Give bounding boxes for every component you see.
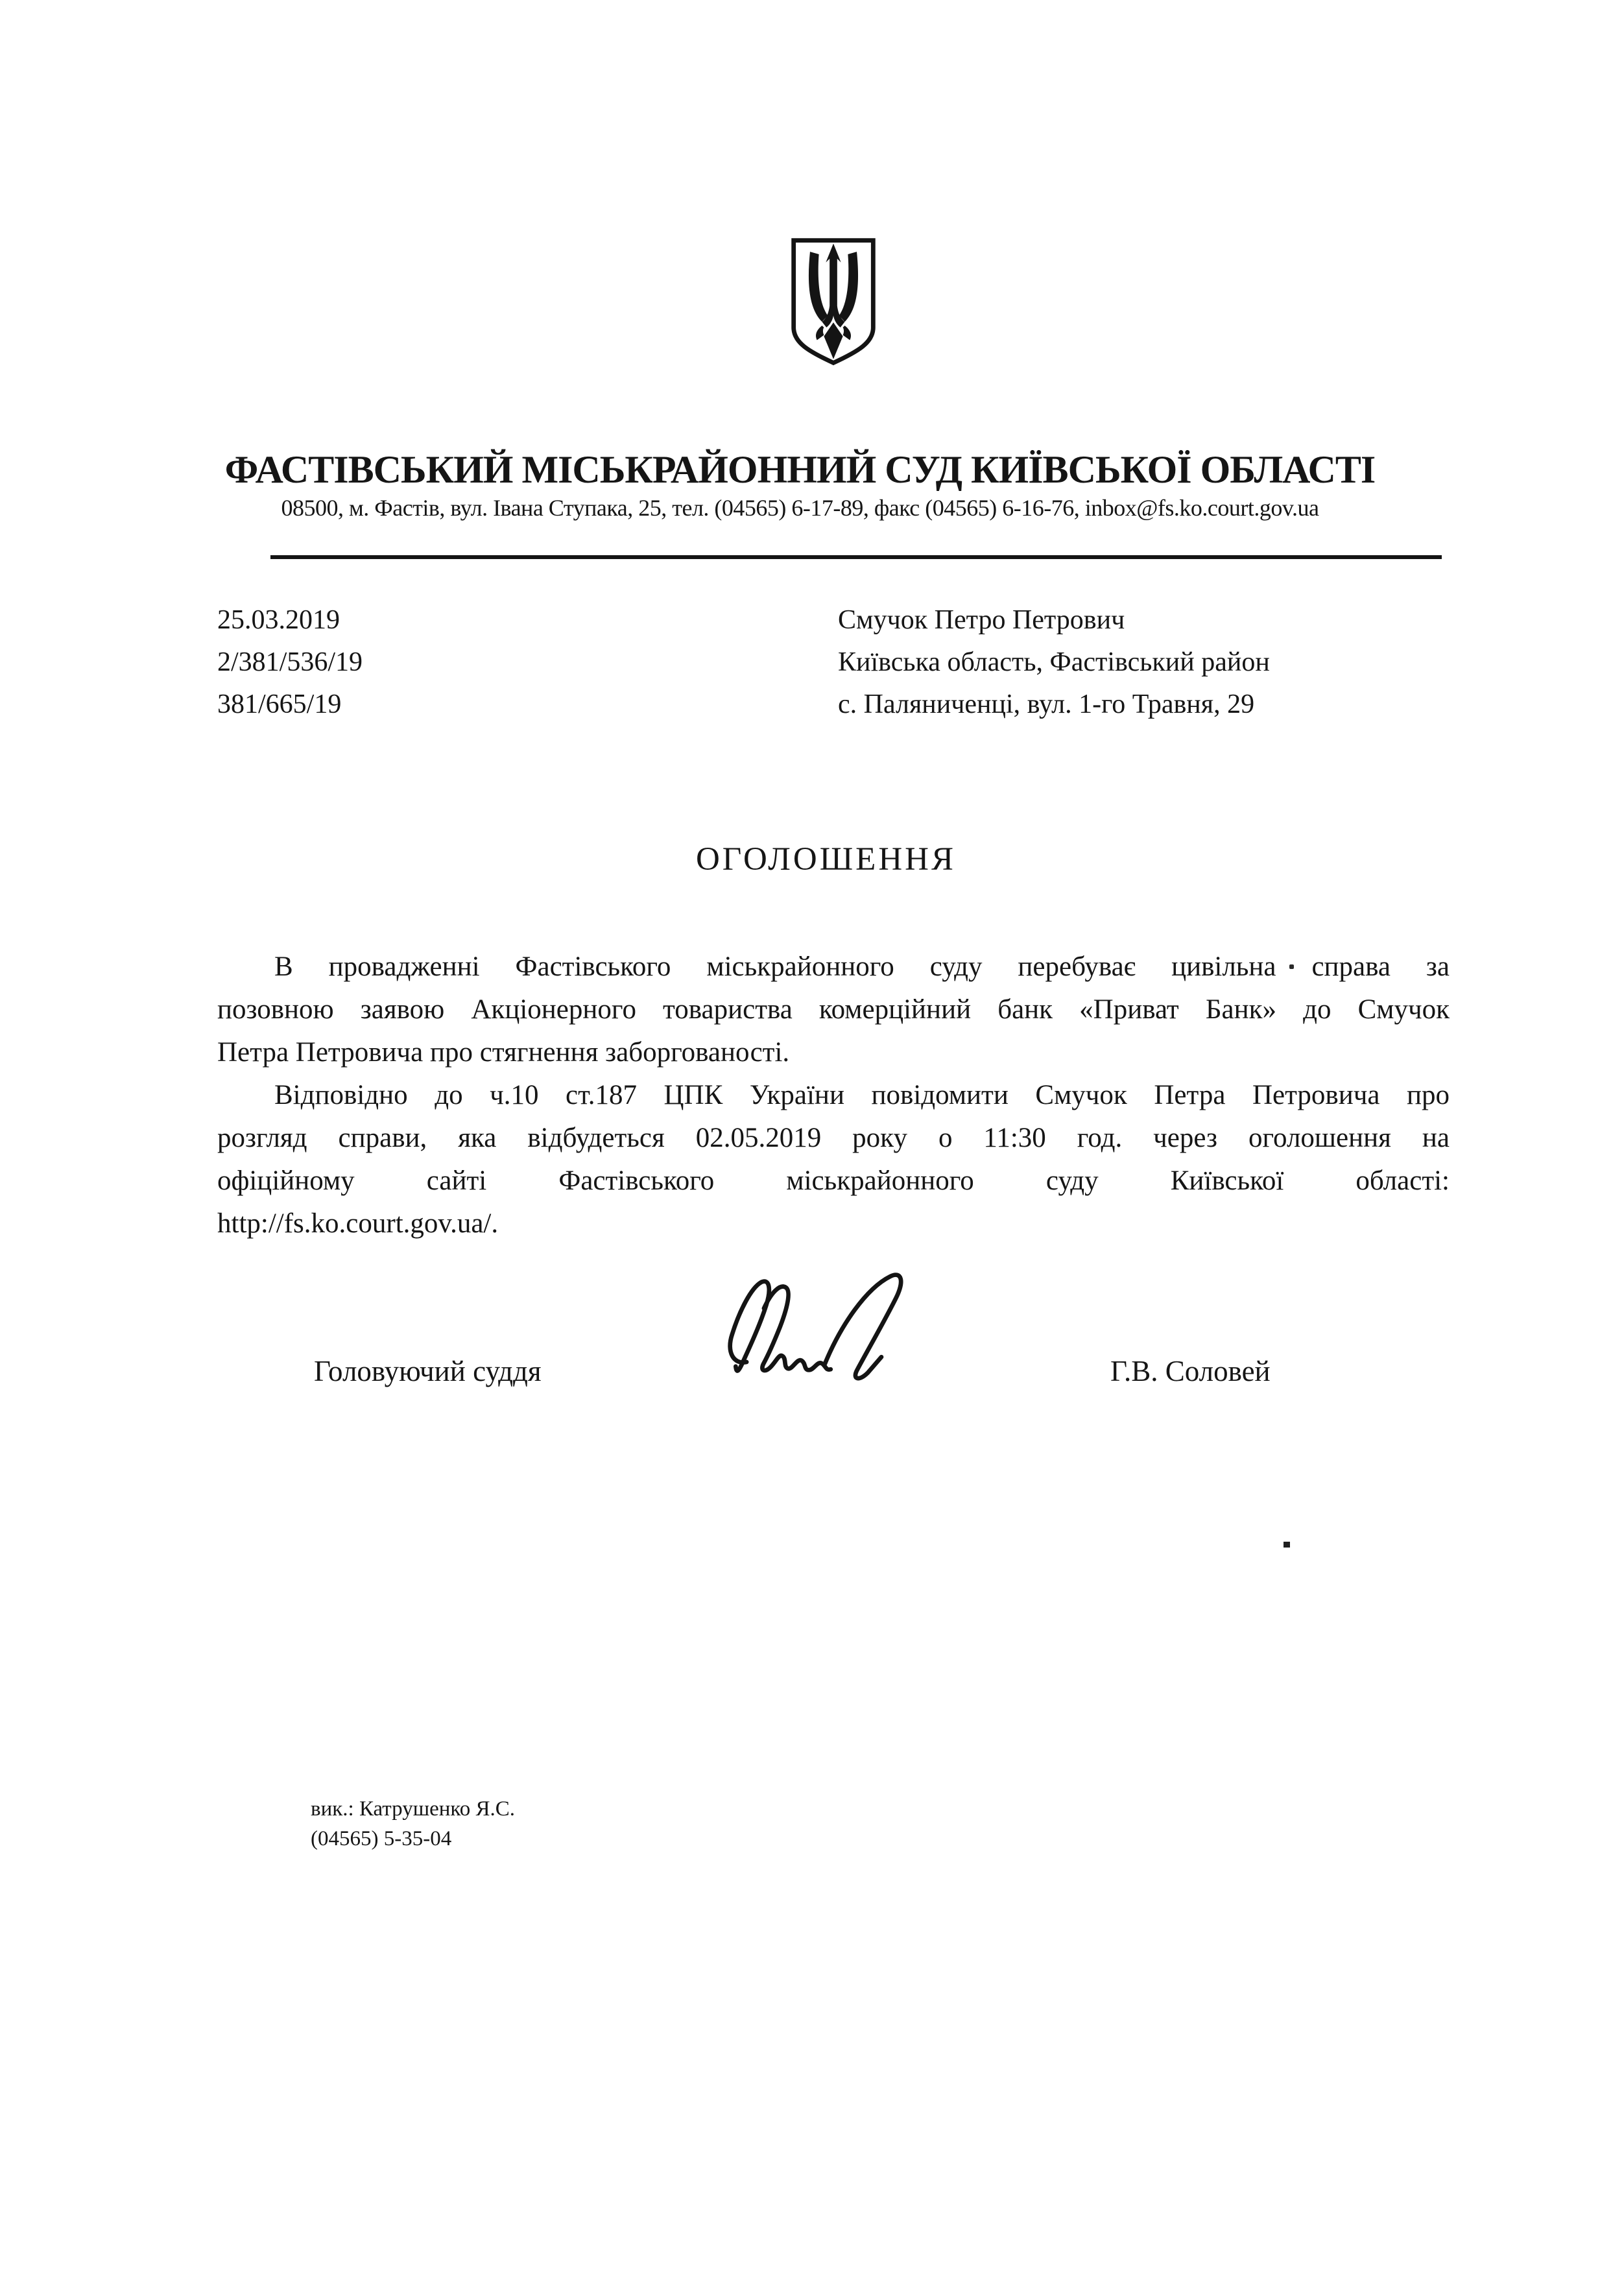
- body-line: розгляд справи, яка відбудеться 02.05.20…: [217, 1117, 1450, 1160]
- recipient-block: Смучок Петро Петрович Київська область, …: [838, 599, 1270, 726]
- scanned-court-letter-page: ФАСТІВСЬКИЙ МІСЬКРАЙОННИЙ СУД КИЇВСЬКОЇ …: [0, 0, 1600, 2296]
- outgoing-date: 25.03.2019: [217, 599, 363, 641]
- document-heading: ОГОЛОШЕННЯ: [26, 841, 1600, 878]
- body-line: офіційному сайті Фастівського міськрайон…: [217, 1160, 1450, 1202]
- signer-role-label: Головуючий суддя: [314, 1354, 542, 1388]
- announcement-body: В провадженні Фастівського міськрайонног…: [217, 946, 1450, 1245]
- recipient-region: Київська область, Фастівський район: [838, 641, 1270, 684]
- executor-footer: вик.: Катрушенко Я.С. (04565) 5-35-04: [311, 1794, 515, 1854]
- court-website-url: http://fs.ko.court.gov.ua/.: [217, 1202, 1450, 1245]
- body-line: Відповідно до ч.10 ст.187 ЦПК України по…: [217, 1074, 1450, 1117]
- recipient-name: Смучок Петро Петрович: [838, 599, 1270, 641]
- executor-phone: (04565) 5-35-04: [311, 1824, 515, 1854]
- outgoing-meta-block: 25.03.2019 2/381/536/19 381/665/19: [217, 599, 363, 726]
- header-divider-line: [270, 555, 1442, 559]
- body-line: В провадженні Фастівського міськрайонног…: [217, 946, 1450, 988]
- scan-speck: [1284, 1542, 1290, 1548]
- registration-number: 381/665/19: [217, 684, 363, 726]
- judge-signature-autograph-icon: [662, 1263, 953, 1387]
- executor-note: вик.: Катрушенко Я.С.: [311, 1794, 515, 1824]
- scan-speck: [1289, 964, 1294, 969]
- court-name-title: ФАСТІВСЬКИЙ МІСЬКРАЙОННИЙ СУД КИЇВСЬКОЇ …: [0, 448, 1600, 492]
- signer-name: Г.В. Соловей: [1110, 1354, 1271, 1388]
- ukraine-trident-emblem-icon: [786, 235, 881, 370]
- body-line: Петра Петровича про стягнення заборгован…: [217, 1031, 1450, 1074]
- body-line: позовною заявою Акціонерного товариства …: [217, 988, 1450, 1031]
- recipient-street: с. Паляниченці, вул. 1-го Травня, 29: [838, 684, 1270, 726]
- case-number: 2/381/536/19: [217, 641, 363, 684]
- court-address-line: 08500, м. Фастів, вул. Івана Ступака, 25…: [0, 494, 1600, 521]
